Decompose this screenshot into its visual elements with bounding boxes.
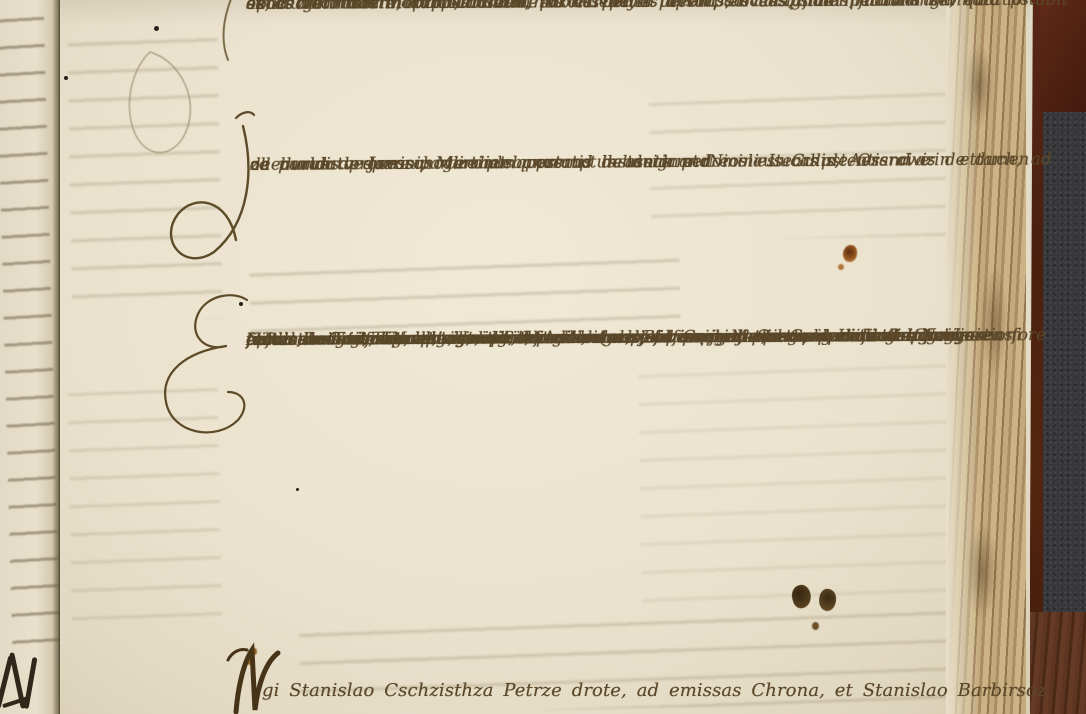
ink-speck bbox=[296, 488, 299, 491]
rust-stain bbox=[247, 660, 251, 665]
rust-stain bbox=[252, 648, 257, 655]
ink-speck bbox=[154, 26, 159, 31]
manuscript-line: tama de Carow Noze bbox=[246, 325, 435, 354]
manuscript-photo: sime Wodmisczhi et plotzhovize, Ad viden… bbox=[0, 0, 1086, 714]
damaged-page-edge-fade bbox=[946, 0, 980, 714]
ink-speck bbox=[239, 302, 243, 306]
manuscript-line: gi Stanislao Cschzisthza Petrze drote, a… bbox=[262, 676, 1047, 706]
ink-blot bbox=[812, 622, 819, 630]
rust-stain bbox=[838, 264, 844, 270]
manuscript-line: ex decreto dominorum attamen, parte Nozy… bbox=[246, 0, 655, 19]
bleedthrough-texture bbox=[249, 254, 680, 333]
bleedthrough-texture bbox=[68, 379, 223, 642]
binding-maroon-block-top bbox=[1040, 0, 1086, 112]
manuscript-line: ad horam vespere parte diem peremptus as… bbox=[250, 147, 716, 179]
bleedthrough-texture bbox=[67, 29, 222, 322]
ink-speck bbox=[64, 76, 68, 80]
bleedthrough-texture bbox=[638, 357, 992, 603]
rust-stain bbox=[843, 245, 857, 262]
